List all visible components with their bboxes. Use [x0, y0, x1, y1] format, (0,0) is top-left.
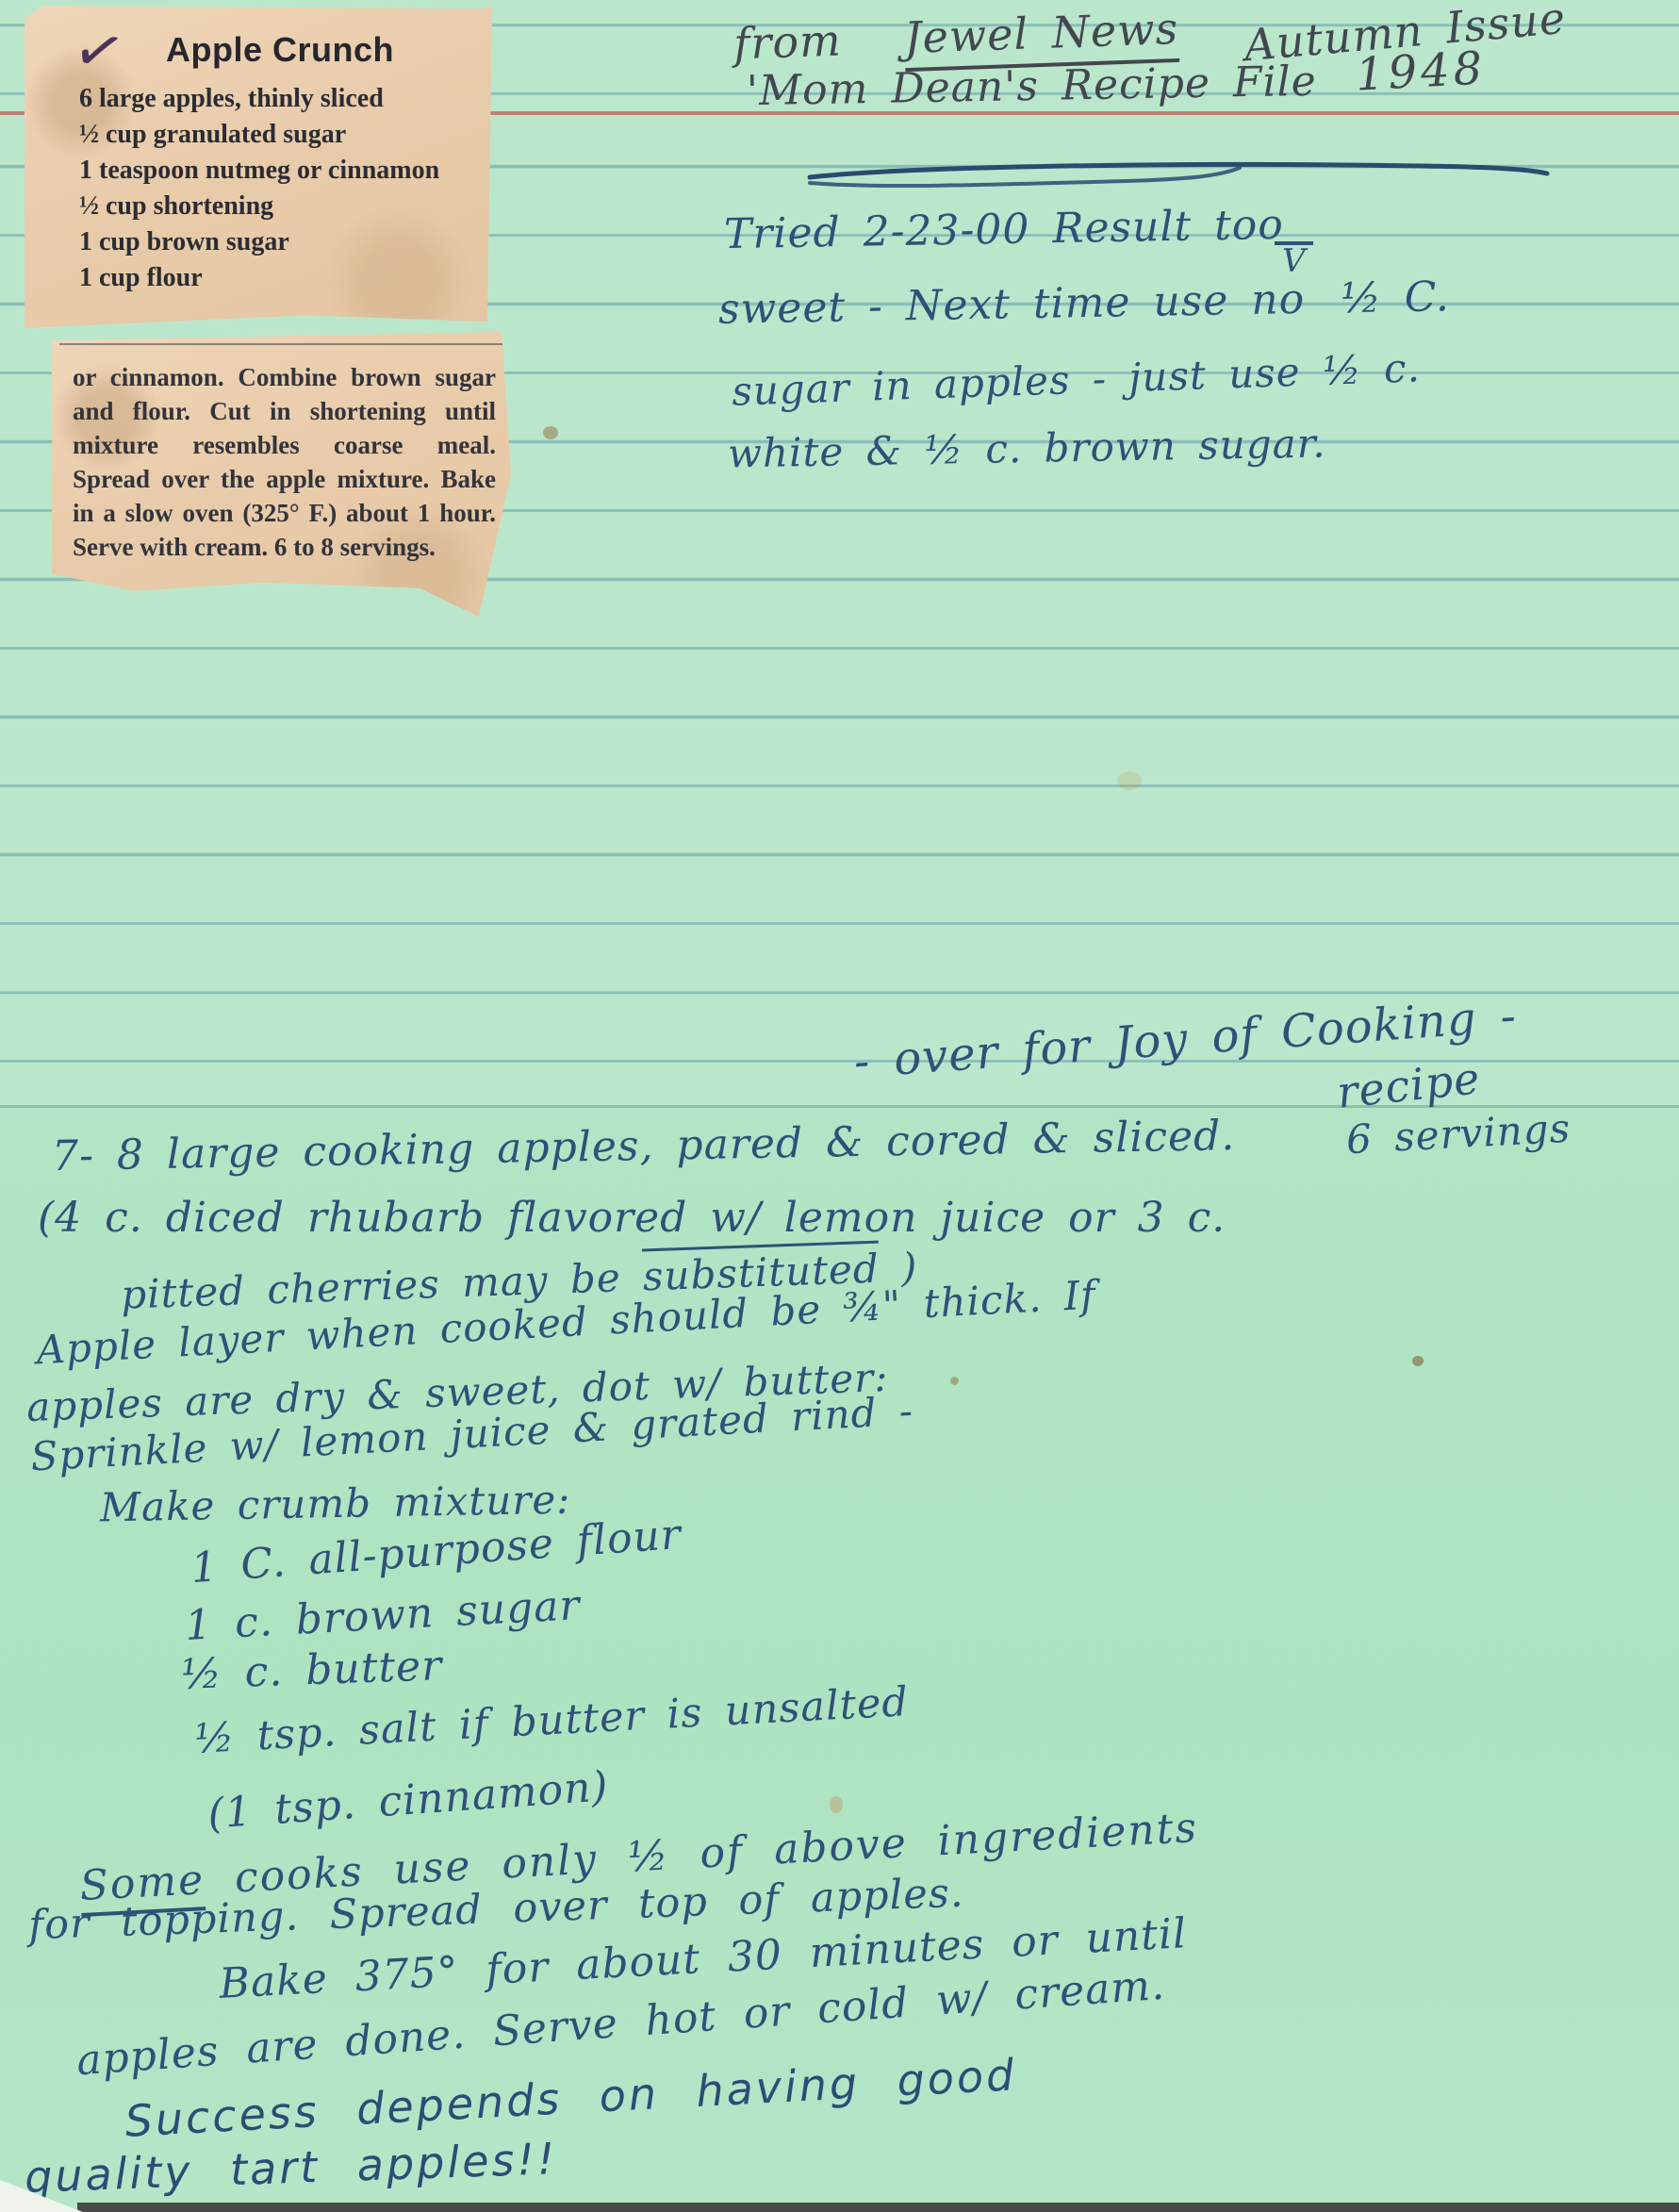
trial-note-line: Tried 2-23-00 Result too	[724, 205, 1285, 256]
ingredient-item: 1 cup flour	[79, 260, 492, 296]
insertion-caret-mark: V	[1275, 241, 1313, 277]
ingredient-item: ½ cup granulated sugar	[79, 117, 492, 153]
ingredient-item: 1 cup brown sugar	[79, 224, 492, 260]
recipe-file-note: 'Mom Dean's Recipe File	[747, 61, 1317, 113]
scan-bottom-edge	[77, 2203, 1679, 2212]
trial-note-line: white & ½ c. brown sugar.	[728, 423, 1326, 473]
trial-note-line: sweet - Next time use no ½ C.	[718, 276, 1451, 331]
handwritten-line-10: ½ c. butter	[180, 1645, 443, 1696]
handwritten-line-7: Make crumb mixture:	[100, 1480, 571, 1528]
trial-note-amount: ½ C.	[1341, 272, 1451, 322]
clipping-title: Apple Crunch	[166, 30, 464, 70]
servings-note: 6 servings	[1345, 1109, 1572, 1160]
recipe-card-scan: Apple Crunch 6 large apples, thinly slic…	[0, 0, 1679, 2212]
ingredient-item: ½ cup shortening	[79, 189, 492, 224]
trial-note-text: sweet - Next time use no	[718, 275, 1306, 334]
year-note: 1948	[1355, 45, 1487, 97]
newspaper-clipping-directions: or cinnamon. Combine brown sugar and flo…	[52, 332, 511, 617]
from-label: from	[733, 14, 842, 69]
clipping-directions-text: or cinnamon. Combine brown sugar and flo…	[73, 360, 496, 564]
handwritten-line-2: (4 c. diced rhubarb flavored w/ lemon ju…	[38, 1197, 1226, 1239]
hand-drawn-divider	[797, 153, 1560, 196]
ingredient-item: 6 large apples, thinly sliced	[79, 81, 492, 117]
ingredient-item: 1 teaspoon nutmeg or cinnamon	[79, 153, 492, 189]
ingredient-list: 6 large apples, thinly sliced ½ cup gran…	[25, 81, 492, 296]
printed-rule	[59, 343, 505, 345]
